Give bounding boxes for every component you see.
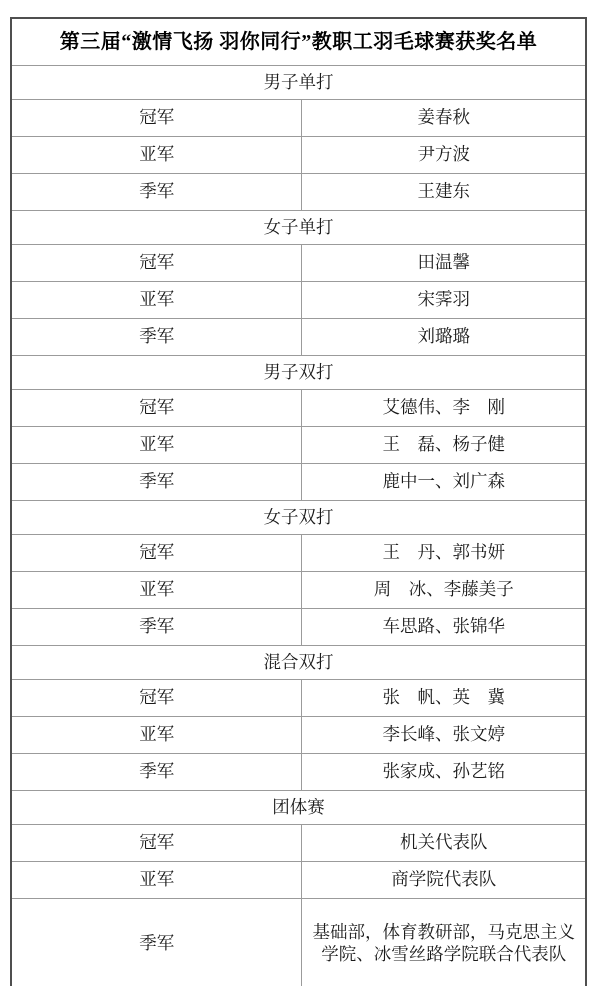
section-header-mens-singles: 男子单打 (11, 66, 586, 100)
award-cell: 亚军 (11, 282, 302, 319)
winner-cell: 王建东 (302, 174, 586, 211)
table-row: 冠军 机关代表队 (11, 825, 586, 862)
section-header-row: 男子双打 (11, 356, 586, 390)
table-row: 冠军 姜春秋 (11, 100, 586, 137)
winner-cell: 刘璐璐 (302, 319, 586, 356)
section-header-womens-singles: 女子单打 (11, 211, 586, 245)
award-cell: 季军 (11, 609, 302, 646)
section-header-row: 混合双打 (11, 646, 586, 680)
award-cell: 亚军 (11, 572, 302, 609)
section-header-mixed-doubles: 混合双打 (11, 646, 586, 680)
section-header-mens-doubles: 男子双打 (11, 356, 586, 390)
table-row: 季军 张家成、孙艺铭 (11, 754, 586, 791)
table-row: 季军 鹿中一、刘广森 (11, 464, 586, 501)
table-row: 冠军 张 帆、英 冀 (11, 680, 586, 717)
table-row: 季军 基础部，体育教研部，马克思主义学院、冰雪丝路学院联合代表队 (11, 899, 586, 986)
winner-cell: 张家成、孙艺铭 (302, 754, 586, 791)
section-header-row: 女子单打 (11, 211, 586, 245)
award-cell: 冠军 (11, 390, 302, 427)
award-cell: 冠军 (11, 825, 302, 862)
title-row: 第三届“激情飞扬 羽你同行”教职工羽毛球赛获奖名单 (11, 18, 586, 66)
award-cell: 亚军 (11, 427, 302, 464)
winner-cell: 艾德伟、李 刚 (302, 390, 586, 427)
award-cell: 亚军 (11, 137, 302, 174)
award-cell: 亚军 (11, 717, 302, 754)
document-page: 第三届“激情飞扬 羽你同行”教职工羽毛球赛获奖名单 男子单打 冠军 姜春秋 亚军… (0, 0, 599, 986)
award-cell: 冠军 (11, 100, 302, 137)
table-row: 冠军 艾德伟、李 刚 (11, 390, 586, 427)
award-cell: 冠军 (11, 245, 302, 282)
table-row: 亚军 宋霁羽 (11, 282, 586, 319)
winner-cell: 基础部，体育教研部，马克思主义学院、冰雪丝路学院联合代表队 (302, 899, 586, 986)
winner-cell: 姜春秋 (302, 100, 586, 137)
page-title: 第三届“激情飞扬 羽你同行”教职工羽毛球赛获奖名单 (11, 18, 586, 66)
winner-cell: 鹿中一、刘广森 (302, 464, 586, 501)
award-cell: 季军 (11, 319, 302, 356)
table-row: 冠军 王 丹、郭书妍 (11, 535, 586, 572)
award-cell: 季军 (11, 174, 302, 211)
award-table: 第三届“激情飞扬 羽你同行”教职工羽毛球赛获奖名单 男子单打 冠军 姜春秋 亚军… (10, 17, 587, 986)
winner-cell: 宋霁羽 (302, 282, 586, 319)
table-row: 亚军 李长峰、张文婷 (11, 717, 586, 754)
table-row: 季军 车思路、张锦华 (11, 609, 586, 646)
table-row: 亚军 商学院代表队 (11, 862, 586, 899)
winner-cell: 王 丹、郭书妍 (302, 535, 586, 572)
table-row: 季军 刘璐璐 (11, 319, 586, 356)
section-header-team-event: 团体赛 (11, 791, 586, 825)
award-cell: 季军 (11, 899, 302, 986)
winner-cell: 车思路、张锦华 (302, 609, 586, 646)
winner-cell: 周 冰、李藤美子 (302, 572, 586, 609)
award-cell: 冠军 (11, 680, 302, 717)
table-row: 亚军 尹方波 (11, 137, 586, 174)
award-cell: 季军 (11, 754, 302, 791)
section-header-row: 女子双打 (11, 501, 586, 535)
winner-cell: 李长峰、张文婷 (302, 717, 586, 754)
section-header-row: 男子单打 (11, 66, 586, 100)
winner-cell: 田温馨 (302, 245, 586, 282)
winner-cell: 商学院代表队 (302, 862, 586, 899)
winner-cell: 尹方波 (302, 137, 586, 174)
table-row: 亚军 周 冰、李藤美子 (11, 572, 586, 609)
award-cell: 冠军 (11, 535, 302, 572)
section-header-womens-doubles: 女子双打 (11, 501, 586, 535)
award-cell: 季军 (11, 464, 302, 501)
table-row: 亚军 王 磊、杨子健 (11, 427, 586, 464)
winner-cell: 张 帆、英 冀 (302, 680, 586, 717)
table-row: 季军 王建东 (11, 174, 586, 211)
section-header-row: 团体赛 (11, 791, 586, 825)
award-cell: 亚军 (11, 862, 302, 899)
table-row: 冠军 田温馨 (11, 245, 586, 282)
winner-cell: 机关代表队 (302, 825, 586, 862)
winner-cell: 王 磊、杨子健 (302, 427, 586, 464)
